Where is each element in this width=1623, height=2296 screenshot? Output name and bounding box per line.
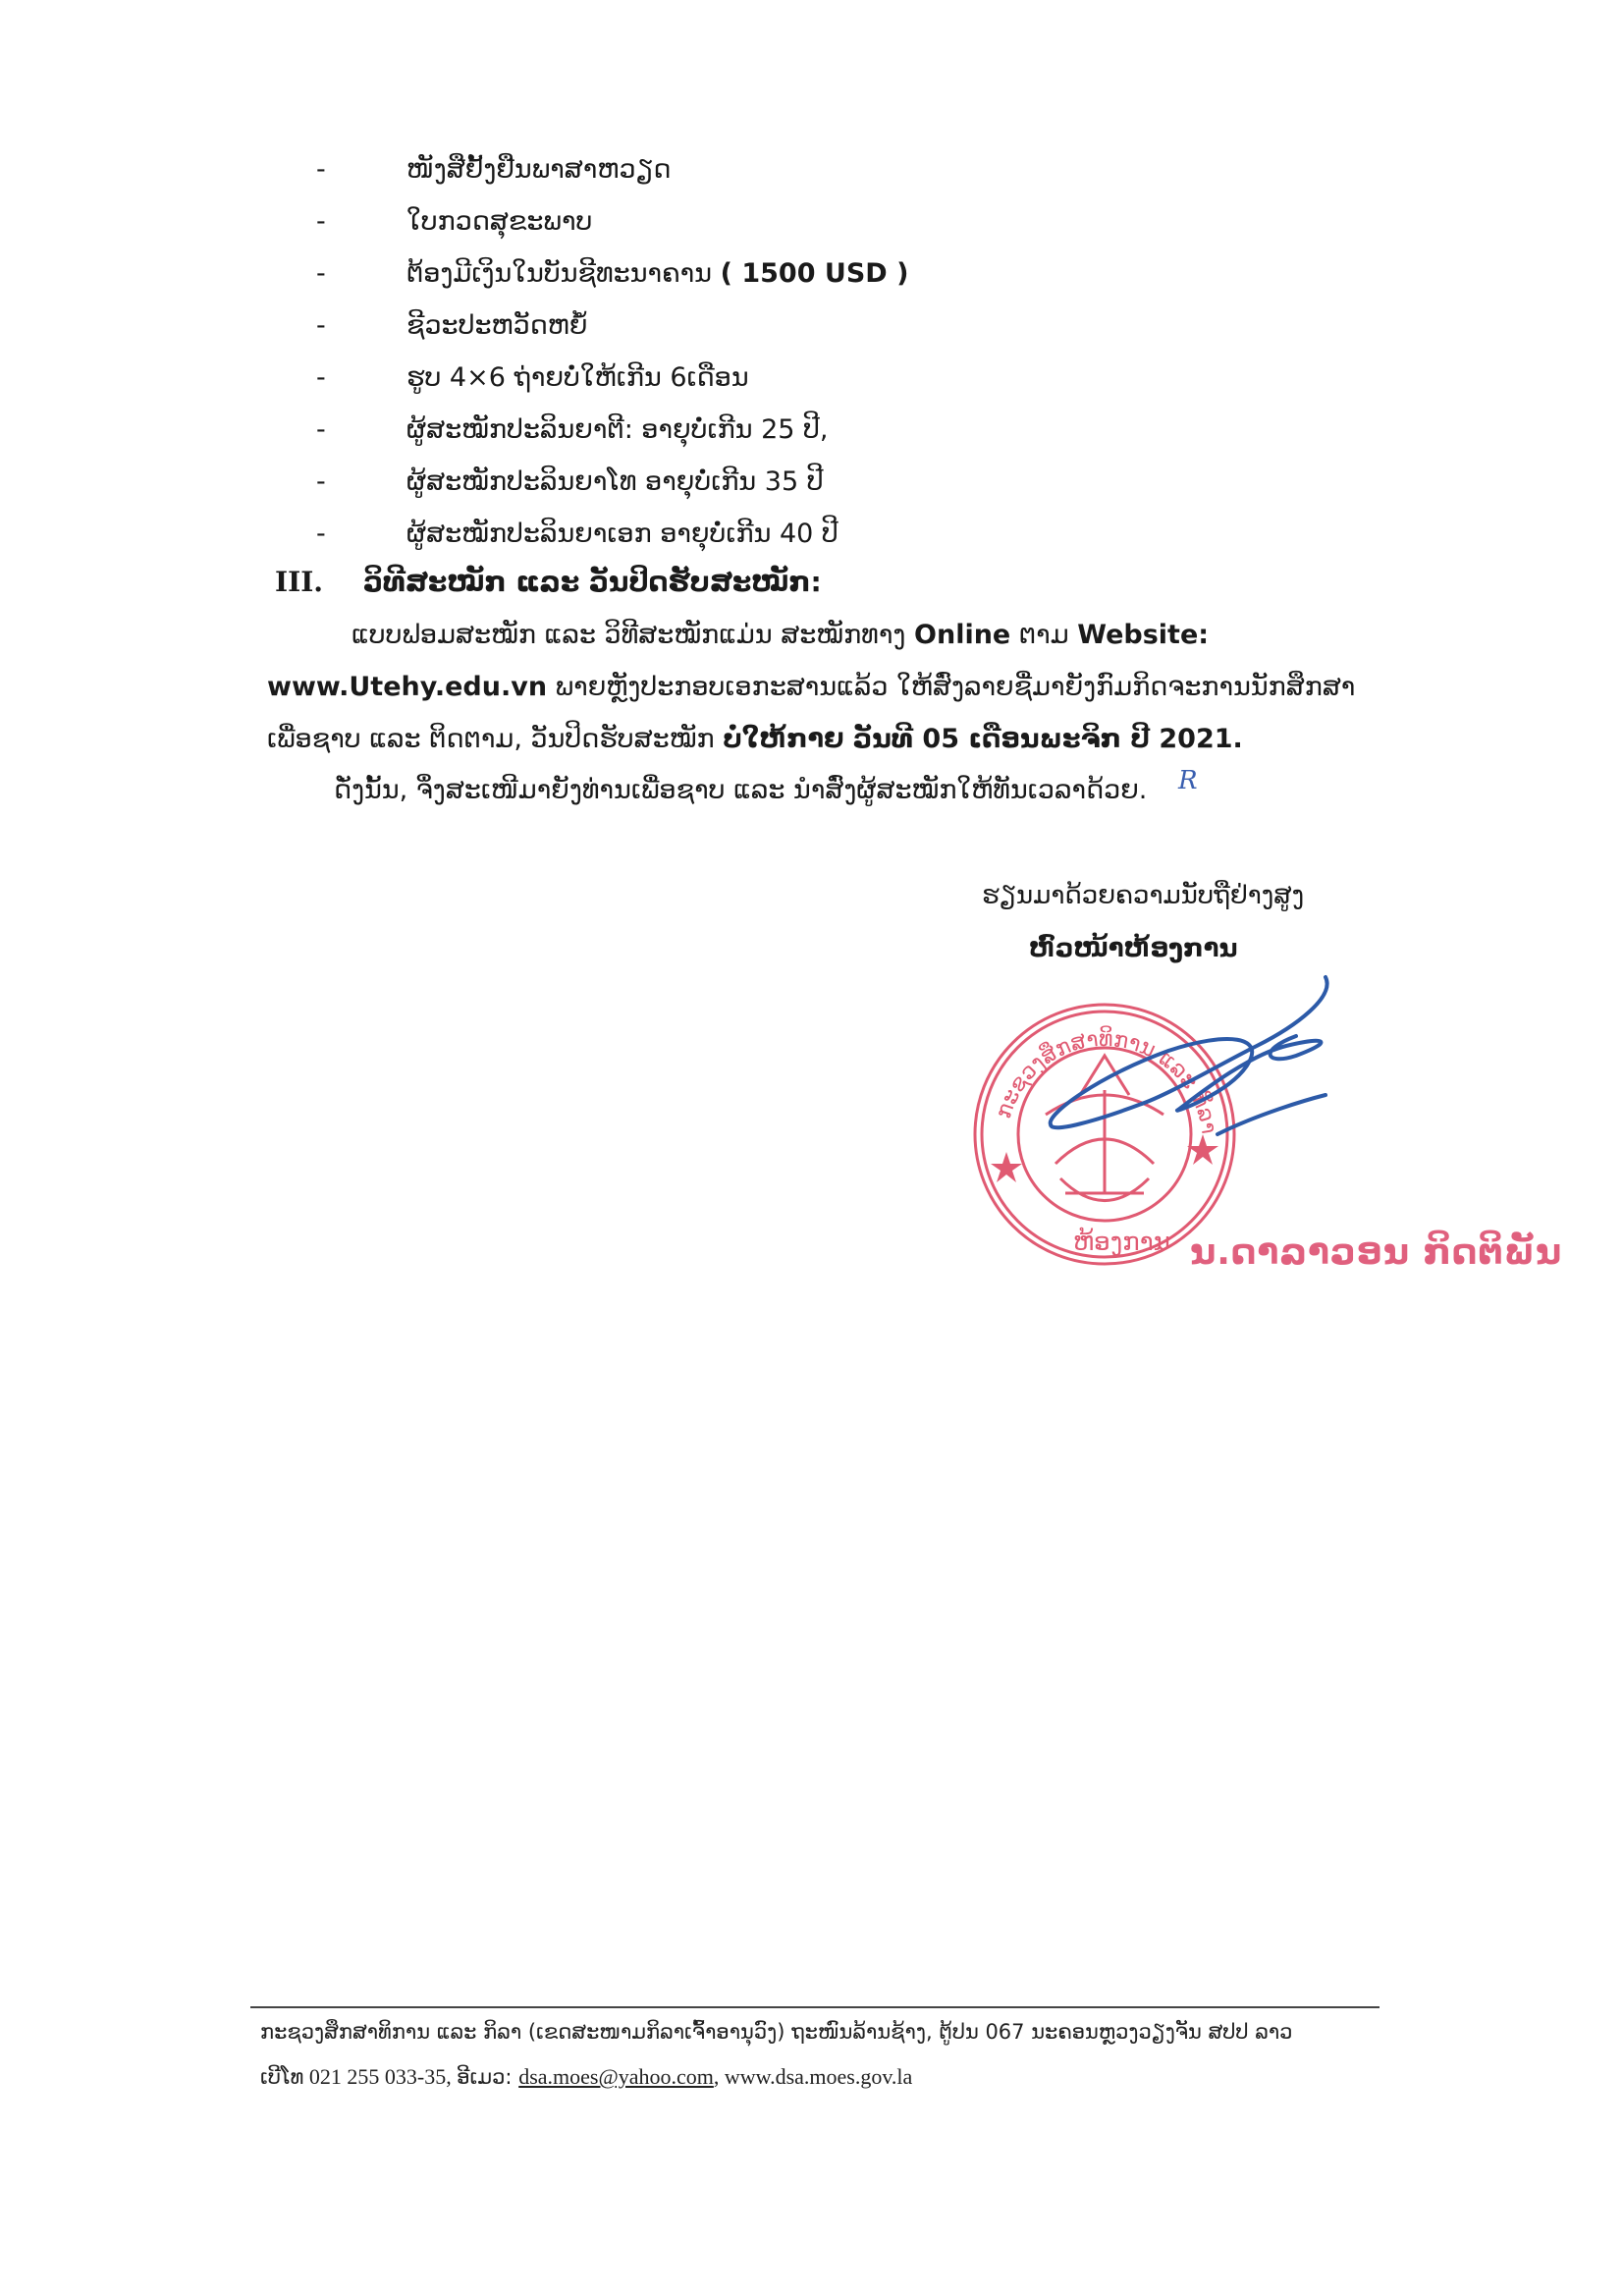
bullet-dash: - [316, 197, 336, 246]
signer-name: ນ.ດາລາວອນ ກິດຕິພັນ [1190, 1232, 1562, 1273]
requirement-text: ໃບກວດສຸຂະພາບ [406, 197, 592, 246]
bullet-dash: - [316, 354, 336, 403]
requirement-text: ຜູ້ສະໝັກປະລິນຍາເອກ ອາຍຸບໍ່ເກີນ 40 ປີ [406, 510, 839, 559]
footer-address-text: ກະຊວງສຶກສາທິການ ແລະ ກິລາ (ເຂດສະໜາມກິລາເຈ… [260, 2020, 1292, 2044]
bullet-dash: - [316, 249, 336, 299]
website-link[interactable]: , www.dsa.moes.gov.la [714, 2064, 912, 2089]
bullet-dash: - [316, 145, 336, 194]
requirement-text: ຜູ້ສະໝັກປະລິນຍາໂທ ອາຍຸບໍ່ເກີນ 35 ປີ [406, 458, 824, 507]
requirement-text: ຮູບ 4×6 ຖ່າຍບໍ່ໃຫ້ເກີນ 6ເດືອນ [406, 354, 749, 403]
phone-number: 021 255 033-35, [303, 2064, 457, 2089]
closing-request-text: ດັ່ງນັ້ນ, ຈຶ່ງສະເໜີມາຍັງທ່ານເພື່ອຊາບ ແລະ… [334, 775, 1147, 805]
bullet-dash: - [316, 458, 336, 507]
bullet-dash: - [316, 406, 336, 455]
email-link[interactable]: dsa.moes@yahoo.com [518, 2064, 714, 2089]
section-title: ວິທີສະໝັກ ແລະ ວັນປິດຮັບສະໝັກ: [363, 558, 822, 607]
requirement-text: ຊີວະປະຫວັດຫຍໍ້ [406, 301, 587, 351]
requirement-label: ໜັງສືຢັ້ງຢືນພາສາຫວຽດ [406, 154, 672, 185]
requirement-label: ຜູ້ສະໝັກປະລິນຍາໂທ ອາຍຸບໍ່ເກີນ 35 ປີ [406, 466, 824, 497]
paragraph-line-2: www.Utehy.edu.vn ພາຍຫຼັງປະກອບເອກະສານແລ້ວ… [267, 663, 1355, 712]
salutation: ຮຽນມາດ້ວຍຄວາມນັບຖືຢ່າງສູງ [982, 874, 1304, 917]
handwritten-initial: R [1178, 766, 1198, 795]
footer-address: ກະຊວງສຶກສາທິການ ແລະ ກິລາ (ເຂດສະໜາມກິລາເຈ… [260, 2014, 1292, 2050]
requirement-text: ຜູ້ສະໝັກປະລິນຍາຕີ: ອາຍຸບໍ່ເກີນ 25 ປີ, [406, 406, 829, 455]
requirement-label: ຜູ້ສະໝັກປະລິນຍາເອກ ອາຍຸບໍ່ເກີນ 40 ປີ [406, 519, 839, 549]
document-page: -ໜັງສືຢັ້ງຢືນພາສາຫວຽດ-ໃບກວດສຸຂະພາບ-ຕ້ອງມ… [0, 0, 1623, 2296]
online-keyword: Online [914, 620, 1010, 650]
requirement-label: ໃບກວດສຸຂະພາບ [406, 206, 592, 237]
website-url[interactable]: www.Utehy.edu.vn [267, 672, 547, 702]
paragraph-line-3: ເພື່ອຊາບ ແລະ ຕິດຕາມ, ວັນປິດຮັບສະໝັກ ບໍ່ໃ… [267, 715, 1243, 764]
requirement-label: ຜູ້ສະໝັກປະລິນຍາຕີ: ອາຍຸບໍ່ເກີນ 25 ປີ, [406, 414, 829, 445]
requirement-amount: ( 1500 USD ) [721, 258, 909, 289]
paragraph-text: ຕາມ [1010, 620, 1077, 650]
phone-label: ເບີໂທ [260, 2065, 303, 2089]
requirement-label: ຮູບ 4×6 ຖ່າຍບໍ່ໃຫ້ເກີນ 6ເດືອນ [406, 362, 749, 393]
footer-contact: ເບີໂທ 021 255 033-35, ອີເມວ: dsa.moes@ya… [260, 2059, 912, 2095]
footer-divider [250, 2006, 1380, 2008]
requirement-text: ໜັງສືຢັ້ງຢືນພາສາຫວຽດ [406, 145, 672, 194]
requirement-label: ຊີວະປະຫວັດຫຍໍ້ [406, 310, 587, 341]
email-label: ອີເມວ: [457, 2065, 518, 2089]
bullet-dash: - [316, 301, 336, 351]
requirement-label: ຕ້ອງມີເງິນໃນບັນຊີທະນາຄານ [406, 258, 721, 289]
paragraph-text: ເພື່ອຊາບ ແລະ ຕິດຕາມ, ວັນປິດຮັບສະໝັກ [267, 724, 723, 754]
bullet-dash: - [316, 510, 336, 559]
signature-icon [1021, 957, 1345, 1193]
website-label: Website: [1077, 620, 1209, 650]
paragraph-text: ແບບຟອມສະໝັກ ແລະ ວິທີສະໝັກແມ່ນ ສະໝັກທາງ [352, 620, 914, 650]
requirement-text: ຕ້ອງມີເງິນໃນບັນຊີທະນາຄານ ( 1500 USD ) [406, 249, 908, 299]
paragraph-line-4: ດັ່ງນັ້ນ, ຈຶ່ງສະເໜີມາຍັງທ່ານເພື່ອຊາບ ແລະ… [334, 766, 1147, 815]
section-number: III. [275, 558, 323, 607]
paragraph-line-1: ແບບຟອມສະໝັກ ແລະ ວິທີສະໝັກແມ່ນ ສະໝັກທາງ O… [352, 611, 1209, 660]
deadline-text: ບໍ່ໃຫ້ກາຍ ວັນທີ 05 ເດືອນພະຈິກ ປີ 2021. [723, 724, 1243, 754]
paragraph-text: ພາຍຫຼັງປະກອບເອກະສານແລ້ວ ໃຫ້ສົ່ງລາຍຊື່ມາຍ… [547, 672, 1355, 702]
svg-text:ຫ້ອງການ: ຫ້ອງການ [1073, 1226, 1170, 1257]
